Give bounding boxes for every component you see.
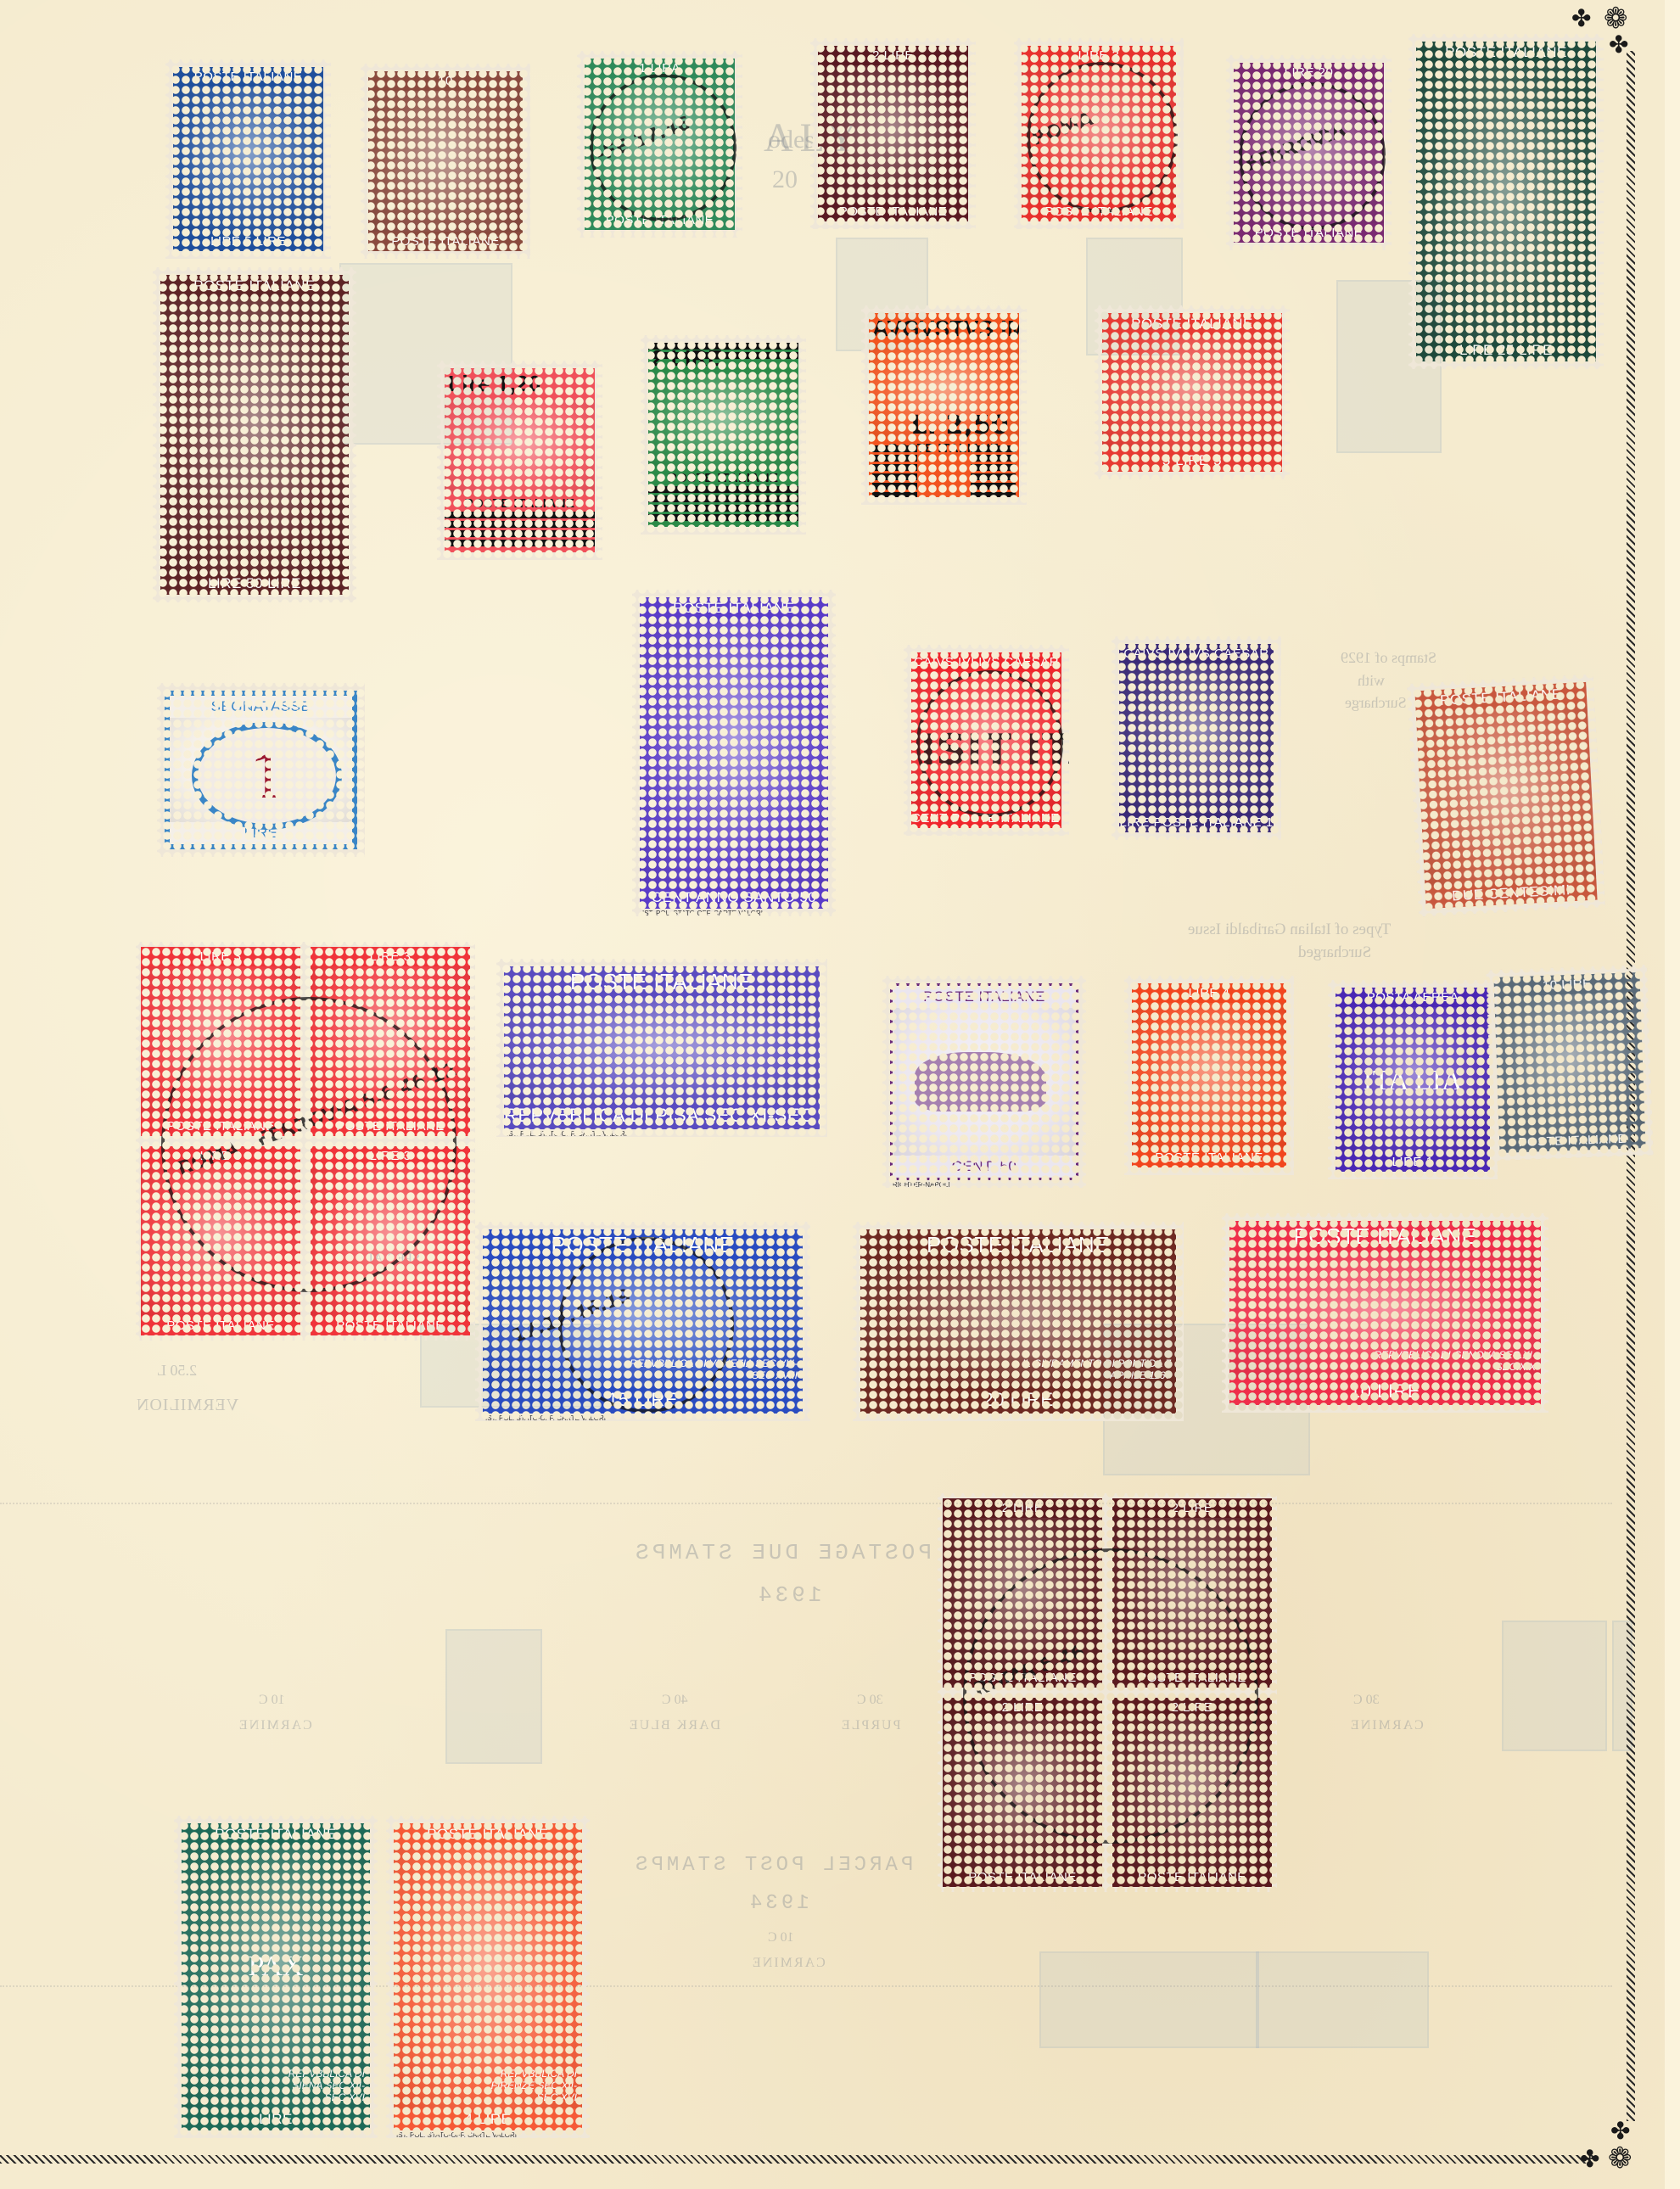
- stamp-face: 10 LIREPOSTE ITALIANE: [1493, 972, 1645, 1153]
- stamp-bottom-legend: POSTE ITALIANE: [1234, 223, 1384, 243]
- stamp-hammer-anvil[interactable]: 10 LIREPOSTE ITALIANE: [1486, 965, 1654, 1161]
- postage-due-value-1: 10 C: [259, 1693, 285, 1708]
- stamp-bottom-legend: POSTE ITALIANE: [943, 1668, 1102, 1688]
- garibaldi-stamps-note-1: Stamps of 1929: [1341, 649, 1436, 667]
- stamp-artwork: [818, 65, 968, 202]
- stamp-artwork: [504, 998, 820, 1102]
- stamp-top-legend: POSTE ITALIANE: [860, 1229, 1176, 1261]
- stamp-genova[interactable]: POSTE ITALIANEREPVBBLICA DI GENOVA SEC.X…: [1222, 1213, 1548, 1413]
- stamp-face: 2 LIREPOSTE ITALIANE: [1112, 1498, 1272, 1688]
- stamp-mid-legend: PAX: [182, 1951, 370, 1983]
- stamp-artwork: [141, 1166, 300, 1316]
- stamp-artwork: [648, 374, 798, 468]
- stamp-farmer[interactable]: 2 LIREPOSTE ITALIANE2 LIREPOSTE ITALIANE…: [938, 1493, 1277, 1892]
- postage-due-color-2: CARMINE: [1349, 1718, 1424, 1733]
- stamp-top-legend: POSTE ITALIANE: [483, 1229, 803, 1261]
- numeral-oval: 1: [192, 722, 342, 830]
- stamp-artwork: [1234, 82, 1384, 223]
- album-page: ALY odes 20 Stamps of 1929 with Surcharg…: [0, 0, 1680, 2189]
- stamp-face: Lire 1,20POSTE ITALIANE: [445, 368, 595, 552]
- stamp-artwork: 1: [170, 718, 352, 822]
- postage-due-color-3: DARK BLUE: [628, 1718, 720, 1733]
- stamp-top-legend: 1 LIRA: [585, 59, 735, 78]
- stamp-bottom-legend: LIRE 1: [1336, 1152, 1490, 1172]
- stamp-artwork: [893, 1008, 1076, 1156]
- stamp-face: POSTA AEREAITA LIALIRE 1: [1336, 988, 1490, 1172]
- stamp-face: POSTE ITALIANEDUE CENTESIMI: [1414, 682, 1597, 909]
- postage-due-year: 1934: [755, 1582, 821, 1608]
- stamp-face: LIRE 3POSTE ITALIANE: [1022, 46, 1176, 221]
- stamp-top-legend: 2 LIRE: [818, 46, 968, 65]
- stamp-top-legend: POSTE ITALIANE: [1416, 42, 1596, 64]
- postage-due-value-4: 30 C: [857, 1693, 883, 1708]
- stamp-torch[interactable]: LIRE 20POSTE ITALIANEFERROVIA: [1226, 55, 1392, 250]
- stamp-top-legend: POSTE ITALIANE: [640, 597, 828, 619]
- stamp-bottom-legend: POSTE ITALIANE: [311, 1316, 470, 1335]
- stamp-face: POSTE ITALIANEPAXREPVBBLICA DI SIENA SEC…: [182, 1823, 370, 2130]
- stamp-artwork: [1132, 1003, 1286, 1148]
- stamp-face: LIRE 3POSTE ITALIANE: [311, 947, 470, 1136]
- postage-due-color-4: PURPLE: [840, 1718, 901, 1733]
- parcel-post-color: CARMINE: [751, 1956, 826, 1971]
- stamp-top-legend: POSTE ITALIANE: [1102, 313, 1282, 335]
- stamp-artwork: REPVBBLICA DI FIRENZE SEC.XII-SEC.XVI: [394, 1845, 582, 2108]
- stamp-bottom-legend: LIRE 50 LIRE: [160, 573, 349, 595]
- stamp-bottom-legend: LIRE 5 LIRE: [173, 232, 323, 251]
- stamp-sub-legend: REPVBBLICA DI SIENA SEC.XII-SEC.XVI: [261, 2068, 365, 2103]
- stamp-artwork: [640, 619, 828, 887]
- stamp-top-legend: SEGNATASSE: [170, 696, 352, 718]
- stamp-artwork: PAXREPVBBLICA DI SIENA SEC.XII-SEC.XVI: [182, 1845, 370, 2108]
- stamp-artwork: [943, 1717, 1102, 1867]
- printed-parcel-stamp-outline: [1256, 1951, 1429, 2048]
- stamp-augustus[interactable]: AVGVSTVS IMPERATORPOSTE ITALIANEL. 2,50: [861, 305, 1027, 505]
- stamp-bottom-legend: POSTE ITALIANE: [818, 202, 968, 221]
- stamp-mid-legend: ITA LIA: [1336, 1065, 1490, 1097]
- surcharge-value: L. 2,50: [911, 411, 1009, 440]
- overprint-bars: [971, 445, 1016, 497]
- stamp-artwork: [311, 1166, 470, 1316]
- stamp-she-wolf[interactable]: POSTE ITALIANECENT. 50RICHTER-NAPOLI: [882, 976, 1086, 1188]
- stamp-artwork: [1102, 335, 1282, 450]
- stamp-sub-legend: REPVBBLICA DI VENEZIA SEC VIII-SEC XVIII: [622, 1358, 798, 1381]
- garibaldi-stamps-note-3: Surcharge: [1345, 694, 1407, 712]
- stamp-face: LIRE 3POSTE ITALIANE: [311, 1146, 470, 1335]
- stamp-face: 2 LIREPOSTE ITALIANE: [1112, 1698, 1272, 1887]
- corner-ornament-icon: ❁: [1608, 2144, 1632, 2173]
- stamp-face: SEGNATASSE1LIRE: [165, 691, 357, 849]
- stamp-top-legend: POSTE ITALIANE: [182, 1823, 370, 1845]
- stamp-block-of-four: LIRE 3POSTE ITALIANELIRE 3POSTE ITALIANE…: [141, 947, 470, 1335]
- postage-due-value-2: 30 C: [1353, 1693, 1380, 1708]
- parcel-post-value: 10 C: [768, 1930, 794, 1945]
- parcel-post-year: 1934: [747, 1892, 809, 1915]
- printed-stamp-outline: [1502, 1621, 1607, 1751]
- page-border-bottom: [0, 2155, 1595, 2164]
- stamp-bottom-legend: 4 LIRE: [394, 2108, 582, 2130]
- stamp-top-legend: POSTA AEREA: [1336, 988, 1490, 1007]
- parcel-post-title: PARCEL POST STAMPS: [632, 1854, 913, 1877]
- garibaldi-stamps-note-2: with: [1358, 672, 1385, 690]
- stamp-artwork: [1022, 65, 1176, 202]
- postage-due-color-1: CARMINE: [238, 1718, 312, 1733]
- printer-imprint: IST. POL. STATO-OFF. CARTE VALORI: [642, 910, 763, 917]
- stamp-artwork: [911, 672, 1061, 809]
- album-year-fragment: 20: [772, 165, 798, 194]
- overprint-bars: [872, 445, 917, 497]
- stamp-top-legend: POSTE ITALIANE: [893, 986, 1076, 1008]
- stamp-italia-airmail[interactable]: POSTA AEREAITA LIALIRE 1: [1328, 980, 1498, 1179]
- stamp-top-legend: LIRE 3: [311, 1146, 470, 1166]
- stamp-top-legend: POSTE ITALIANE: [173, 67, 323, 87]
- printed-stamp-outline: [445, 1629, 542, 1764]
- stamp-artwork: IL GIVRAMENTO DI PONTIDA 7 APRILE 1167: [860, 1261, 1176, 1386]
- stamp-face: 2 LIREPOSTE ITALIANE: [818, 46, 968, 221]
- stamp-top-legend: LIRE 3: [141, 947, 300, 966]
- stamp-face: POSTE ITALIANELIRE 50 LIRE: [160, 275, 349, 595]
- stamp-top-legend: 2 LIRE: [943, 1698, 1102, 1717]
- stamp-venezia[interactable]: POSTE ITALIANEREPVBBLICA DI VENEZIA SEC …: [475, 1222, 810, 1421]
- stamp-palace[interactable]: Lire 1,20POSTE ITALIANE: [437, 361, 602, 560]
- stamp-bottom-legend: POSTE ITALIANE: [943, 1867, 1102, 1887]
- stamp-bottom-legend: POSTE ITALIANE: [445, 494, 595, 513]
- album-subheader-fragment: odes: [768, 126, 815, 154]
- stamp-artwork: [141, 966, 300, 1117]
- stamp-postage-due[interactable]: SEGNATASSE1LIRE: [157, 683, 365, 857]
- stamp-face: CAIVS IVLIVS CAESARCENT POSTE ITALIANE 2…: [911, 652, 1061, 828]
- overprint-bars: [648, 486, 798, 523]
- stamp-angel-holy-year[interactable]: POSTE ITALIANECENT ANNO SANTO 50IST. POL…: [632, 590, 836, 916]
- stamp-bottom-legend: REPVBBLICA DI PISA SEC XI-SEC 5 LIRE: [504, 1102, 820, 1129]
- stamp-top-legend: LIRE 3: [141, 1146, 300, 1166]
- stamp-bottom-legend: LIRE POSTE ITALIANE 1: [1119, 813, 1274, 832]
- stamp-top-legend: LIRE 4: [1132, 983, 1286, 1003]
- stamp-face: LIRE 3POSTE ITALIANE: [141, 1146, 300, 1335]
- she-wolf-figure: [915, 1052, 1047, 1111]
- overprint-bars: [445, 512, 595, 548]
- stamp-artwork: [1119, 663, 1274, 813]
- stamp-face: POSTE ITALIANECENT. 50: [890, 983, 1078, 1180]
- stamp-top-legend: CAIVS IVLIVS CAESAR: [911, 652, 1061, 672]
- stamp-artwork: [1112, 1518, 1272, 1668]
- stamp-top-legend: POSTE ITALIANE: [394, 1823, 582, 1845]
- color-note: VERMILION: [136, 1396, 238, 1415]
- stamp-bottom-legend: 5 LIRE 5: [1102, 450, 1282, 472]
- stamp-bottom-legend: POSTE ITALIANE: [1022, 202, 1176, 221]
- stamp-face: AVGVSTVS IMPERATORPOSTE ITALIANEL. 2,50: [869, 313, 1019, 497]
- stamp-basilica[interactable]: 2 LIREPOSTE ITALIANE: [641, 335, 806, 535]
- stamp-artwork: [311, 966, 470, 1117]
- stamp-artwork: REPVBBLICA DI GENOVA SEC.XI-SEC.XIX: [1229, 1252, 1541, 1378]
- stamp-top-legend: LIRE 20: [1234, 63, 1384, 82]
- stamp-justice-scales[interactable]: POSTE ITALIANELIRE 5 LIRE: [165, 59, 331, 259]
- stamp-bottom-legend: 10 LIRE: [1229, 1378, 1541, 1405]
- stamp-artwork: [943, 1518, 1102, 1668]
- stamp-sub-legend: IL GIVRAMENTO DI PONTIDA 7 APRILE 1167: [997, 1358, 1171, 1381]
- stamp-top-legend: POSTE ITALIANE: [504, 966, 820, 998]
- stamp-top-legend: 2 LIRE: [1112, 1498, 1272, 1518]
- stamp-bottom-legend: POSTE ITALIANE: [141, 1316, 300, 1335]
- stamp-face: POSTE ITALIANEREPVBBLICA DI PISA SEC XI-…: [504, 966, 820, 1129]
- stamp-face: LIRE 4POSTE ITALIANE: [1132, 983, 1286, 1167]
- stamp-bottom-legend: POSTE ITALIANE: [648, 468, 798, 488]
- stamp-bottom-legend: POSTE ITALIANE: [1112, 1867, 1272, 1887]
- printed-parcel-stamp-outline: [1039, 1951, 1259, 2048]
- value-note: 2.50 L: [157, 1362, 197, 1380]
- stamp-bottom-legend: LIRE: [182, 2108, 370, 2130]
- stamp-top-legend: POSTE ITALIANE: [160, 275, 349, 297]
- stamp-bottom-legend: POSTE ITALIANE: [1112, 1668, 1272, 1688]
- stamp-face: CAIVS IVLIVS CAESARLIRE POSTE ITALIANE 1: [1119, 644, 1274, 832]
- stamp-sub-legend: REPVBBLICA DI FIRENZE SEC.XII-SEC.XVI: [473, 2068, 577, 2103]
- printer-imprint: IST. POL. STATO-OFF. CARTE VALORI: [396, 2131, 517, 2139]
- stamp-face: POSTE ITALIANELIRE 5 LIRE: [173, 67, 323, 251]
- stamp-top-legend: 10: [368, 71, 523, 91]
- stamp-face: 2 LIREPOSTE ITALIANE: [943, 1498, 1102, 1688]
- printer-imprint: IST. POL. STATO-OFF. CARTE VALORI: [507, 1130, 627, 1138]
- stamp-artwork: [585, 78, 735, 210]
- stamp-italia-tree[interactable]: POSTE ITALIANELIRE 25 LIRE: [1408, 34, 1604, 369]
- stamp-julius-caesar[interactable]: CAIVS IVLIVS CAESARCENT POSTE ITALIANE 2…: [904, 645, 1069, 836]
- stamp-pisa-bell[interactable]: POSTE ITALIANEREPVBBLICA DI PISA SEC XI-…: [496, 959, 827, 1137]
- stamp-bottom-legend: POSTE ITALIANE: [311, 1117, 470, 1136]
- stamp-bottom-legend: POSTE ITALIANE: [1132, 1148, 1286, 1167]
- stamp-artwork: [1416, 704, 1596, 887]
- stamp-top-legend: 2 LIRE: [1112, 1698, 1272, 1717]
- stamp-torch[interactable]: LIRE 3POSTE ITALIANEROMA: [1014, 38, 1184, 229]
- stamp-farmer[interactable]: 2 LIREPOSTE ITALIANE: [810, 38, 976, 229]
- stamp-face: POSTE ITALIANEREPVBBLICA DI VENEZIA SEC …: [483, 1229, 803, 1414]
- stamp-face: POSTE ITALIANEIL GIVRAMENTO DI PONTIDA 7…: [860, 1229, 1176, 1414]
- stamp-pax-siena[interactable]: POSTE ITALIANEPAXREPVBBLICA DI SIENA SEC…: [174, 1816, 378, 2138]
- stamp-hammer-anvil[interactable]: 10POSTE ITALIANE: [361, 64, 530, 259]
- stamp-top-legend: Lire 1,20: [445, 368, 595, 400]
- stamp-bottom-legend: 15 LIRE: [483, 1386, 803, 1414]
- stamp-artwork: ITA LIA: [1336, 1007, 1490, 1152]
- stamp-bottom-legend: CENT. 50: [893, 1156, 1076, 1178]
- quatrefoil-ornament-icon: ✤: [1610, 2117, 1630, 2146]
- garibaldi-note-1: Types of Italian Garibaldi Issue: [1188, 921, 1391, 939]
- stamp-pontida[interactable]: POSTE ITALIANEIL GIVRAMENTO DI PONTIDA 7…: [853, 1222, 1184, 1421]
- stamp-artwork: REPVBBLICA DI VENEZIA SEC VIII-SEC XVIII: [483, 1261, 803, 1386]
- stamp-face: LIRE 3POSTE ITALIANE: [141, 947, 300, 1136]
- stamp-face: 2 LIREPOSTE ITALIANE: [648, 343, 798, 527]
- stamp-she-wolf[interactable]: POSTE ITALIANE5 LIRE 5: [1095, 305, 1290, 479]
- stamp-face: POSTE ITALIANE5 LIRE 5: [1102, 313, 1282, 472]
- page-edge: [1665, 0, 1680, 2189]
- stamp-artwork: [368, 91, 523, 232]
- stamp-face: POSTE ITALIANEREPVBBLICA DI GENOVA SEC.X…: [1229, 1221, 1541, 1405]
- overprint-bars: [648, 343, 798, 360]
- stamp-top-legend: POSTE ITALIANE: [1229, 1221, 1541, 1252]
- stamp-face: POSTE ITALIANEREPVBBLICA DI FIRENZE SEC.…: [394, 1823, 582, 2130]
- stamp-artwork: [1494, 992, 1645, 1134]
- stamp-top-legend: CAIVS IVLIVS CAESAR: [1119, 644, 1274, 663]
- quatrefoil-ornament-icon: ✤: [1580, 2145, 1599, 2174]
- stamp-torch[interactable]: LIRE 4POSTE ITALIANE: [1124, 976, 1294, 1175]
- quatrefoil-ornament-icon: ✤: [1571, 4, 1591, 33]
- stamp-bottom-legend: LIRE 25 LIRE: [1416, 339, 1596, 361]
- stamp-face: POSTE ITALIANELIRE 25 LIRE: [1416, 42, 1596, 361]
- printer-imprint: IST. POL. STATO-OFF. CARTE VALORI: [485, 1414, 606, 1422]
- stamp-artwork: [173, 87, 323, 232]
- quatrefoil-ornament-icon: ✤: [1609, 31, 1628, 59]
- stamp-top-legend: LIRE 3: [311, 947, 470, 966]
- stamp-torch[interactable]: LIRE 3POSTE ITALIANELIRE 3POSTE ITALIANE…: [136, 942, 475, 1341]
- stamp-julius-caesar[interactable]: CAIVS IVLIVS CAESARLIRE POSTE ITALIANE 1: [1112, 636, 1281, 840]
- stamp-face: POSTE ITALIANECENT ANNO SANTO 50: [640, 597, 828, 909]
- stamp-firenze[interactable]: POSTE ITALIANEREPVBBLICA DI FIRENZE SEC.…: [386, 1816, 590, 2138]
- stamp-italia-tree[interactable]: POSTE ITALIANELIRE 50 LIRE: [153, 267, 356, 602]
- corner-ornament-icon: ❁: [1604, 4, 1628, 33]
- stamp-artwork: [1112, 1717, 1272, 1867]
- stamp-face: 1 LIRAPOSTE ITALIANE: [585, 59, 735, 230]
- stamp-bottom-legend: CENT ANNO SANTO 50: [640, 887, 828, 909]
- stamp-bottom-legend: POSTE ITALIANE: [585, 210, 735, 230]
- stamp-face: LIRE 20POSTE ITALIANE: [1234, 63, 1384, 243]
- postage-due-value-3: 40 C: [662, 1693, 688, 1708]
- stamp-arms-of-savoy[interactable]: POSTE ITALIANEDUE CENTESIMI: [1407, 674, 1605, 916]
- dotted-rule: [0, 1503, 1612, 1504]
- stamp-sub-legend: REPVBBLICA DI GENOVA SEC.XI-SEC.XIX: [1364, 1349, 1536, 1373]
- stamp-block-of-four: 2 LIREPOSTE ITALIANE2 LIREPOSTE ITALIANE…: [943, 1498, 1272, 1887]
- stamp-bottom-legend: 20 LIRE: [860, 1386, 1176, 1414]
- garibaldi-note-2: Surcharged: [1298, 943, 1371, 962]
- stamp-artwork: [445, 400, 595, 494]
- stamp-top-legend: AVGVSTVS IMPERATOR: [869, 313, 1019, 344]
- printer-imprint: RICHTER-NAPOLI: [893, 1181, 950, 1189]
- stamp-top-legend: 2 LIRE: [943, 1498, 1102, 1518]
- stamp-top-legend: LIRE 3: [1022, 46, 1176, 65]
- stamp-artwork: [1416, 64, 1596, 339]
- postage-due-title: POSTAGE DUE STAMPS: [632, 1540, 932, 1565]
- stamp-bottom-legend: CENT POSTE ITALIANE 20: [911, 809, 1061, 828]
- stamp-olive-branch[interactable]: 1 LIRAPOSTE ITALIANE-FE 17.46: [577, 51, 742, 238]
- stamp-face: 2 LIREPOSTE ITALIANE: [943, 1698, 1102, 1887]
- stamp-bottom-legend: POSTE ITALIANE: [368, 232, 523, 251]
- stamp-face: 10POSTE ITALIANE: [368, 71, 523, 251]
- stamp-bottom-legend: POSTE ITALIANE: [141, 1117, 300, 1136]
- stamp-artwork: [160, 297, 349, 573]
